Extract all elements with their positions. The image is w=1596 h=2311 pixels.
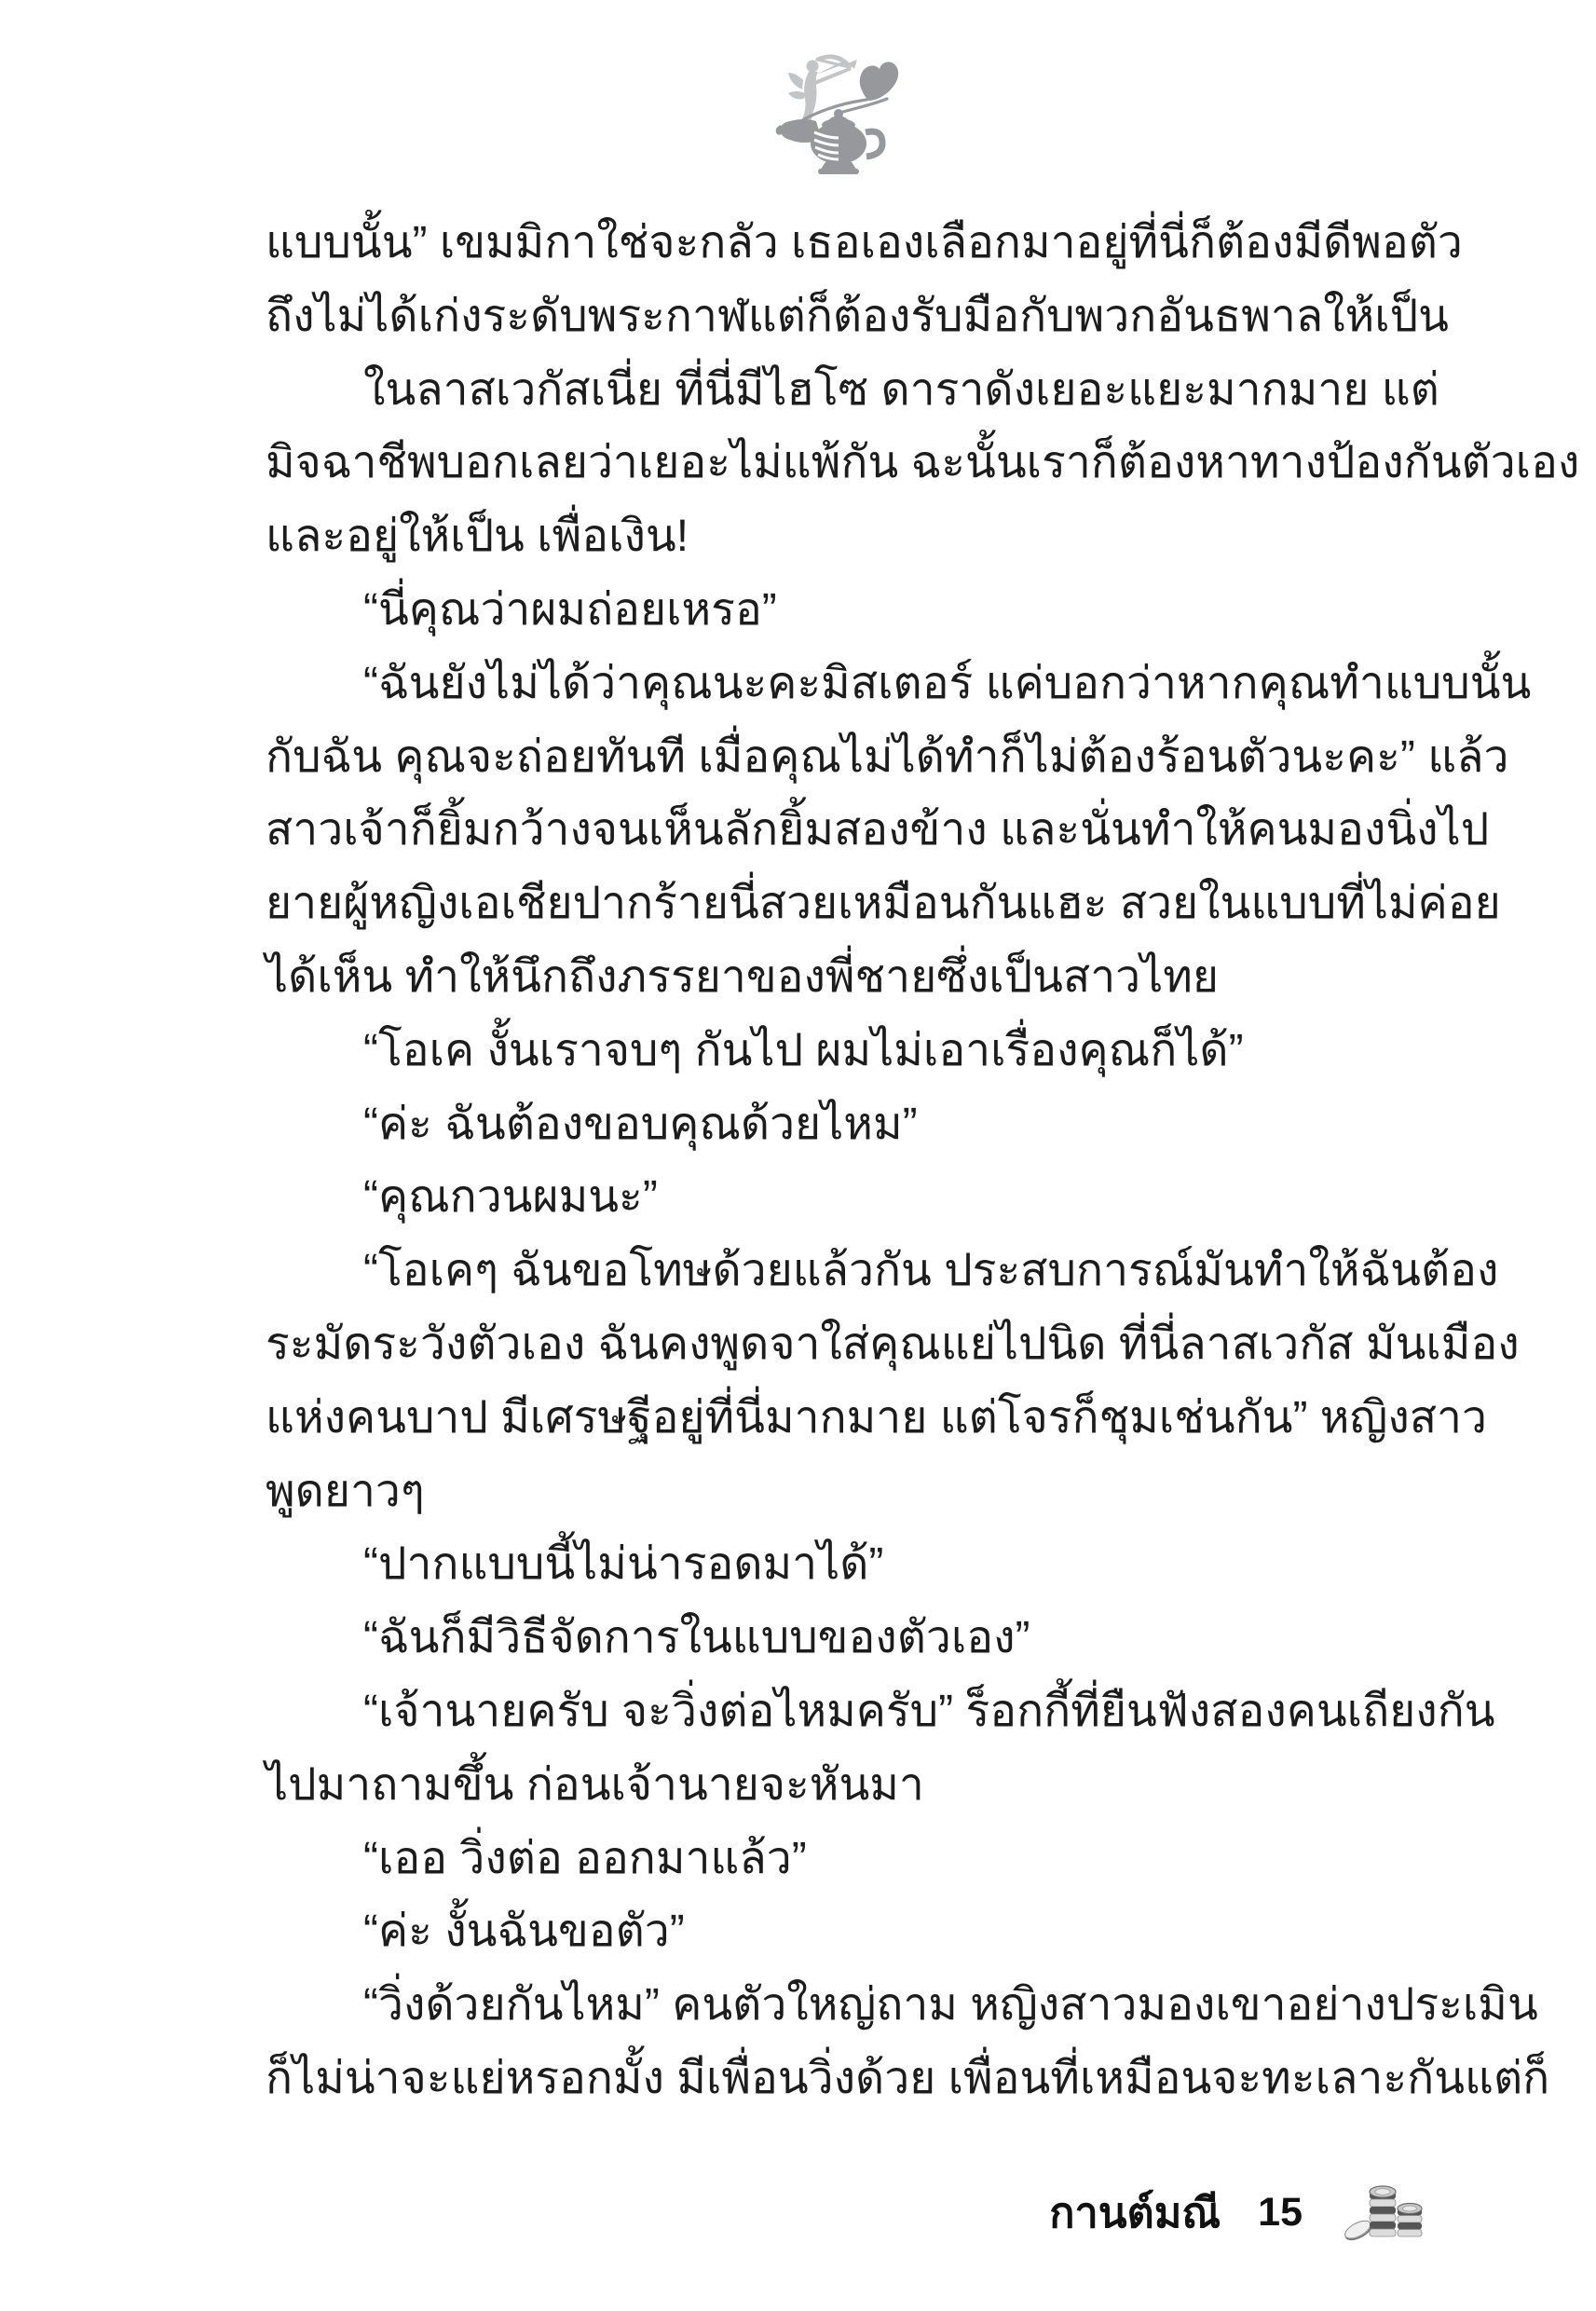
page-number: 15 <box>1258 2190 1303 2236</box>
text-line: “ค่ะ งั้นฉันขอตัว” <box>266 1895 1435 1969</box>
text-line: แห่งคนบาป มีเศรษฐีอยู่ที่นี่มากมาย แต่โจ… <box>266 1382 1435 1456</box>
text-line: มิจฉาชีพบอกเลยว่าเยอะไม่แพ้กัน ฉะนั้นเรา… <box>266 427 1435 500</box>
body-text: แบบนั้น” เขมมิกาใช่จะกลัว เธอเองเลือกมาอ… <box>266 207 1435 2116</box>
page-footer: กานต์มณี 15 <box>988 2175 1425 2249</box>
text-line: กับฉัน คุณจะถ่อยทันที เมื่อคุณไม่ได้ทำก็… <box>266 721 1435 795</box>
lamp <box>776 109 882 174</box>
genie-lamp-cupid-heart-ornament-icon <box>771 47 902 177</box>
chip-stack-short <box>1398 2204 1422 2237</box>
text-line: ไปมาถามขึ้น ก่อนเจ้านายจะหันมา <box>266 1749 1435 1823</box>
chip-stack-tall <box>1370 2186 1396 2236</box>
text-line: “ฉันยังไม่ได้ว่าคุณนะคะมิสเตอร์ แค่บอกว่… <box>266 648 1435 721</box>
text-line: “โอเค งั้นเราจบๆ กันไป ผมไม่เอาเรื่องคุณ… <box>266 1015 1435 1088</box>
text-line: ยายผู้หญิงเอเชียปากร้ายนี่สวยเหมือนกันแฮ… <box>266 868 1435 941</box>
text-line: “ฉันก็มีวิธีจัดการในแบบของตัวเอง” <box>266 1602 1435 1675</box>
text-line: สาวเจ้าก็ยิ้มกว้างจนเห็นลักยิ้มสองข้าง แ… <box>266 794 1435 868</box>
text-line: “วิ่งด้วยกันไหม” คนตัวใหญ่ถาม หญิงสาวมอง… <box>266 1969 1435 2043</box>
author-name: กานต์มณี <box>1049 2179 1221 2246</box>
book-page: แบบนั้น” เขมมิกาใช่จะกลัว เธอเองเลือกมาอ… <box>0 0 1596 2311</box>
text-line: “นี่คุณว่าผมถ่อยเหรอ” <box>266 574 1435 648</box>
text-line: “ค่ะ ฉันต้องขอบคุณด้วยไหม” <box>266 1088 1435 1162</box>
text-line: ระมัดระวังตัวเอง ฉันคงพูดจาใส่คุณแย่ไปนิ… <box>266 1308 1435 1382</box>
text-line: ได้เห็น ทำให้นึกถึงภรรยาของพี่ชายซึ่งเป็… <box>266 941 1435 1015</box>
text-line: “เออ วิ่งต่อ ออกมาแล้ว” <box>266 1823 1435 1896</box>
text-line: ก็ไม่น่าจะแย่หรอกมั้ง มีเพื่อนวิ่งด้วย เ… <box>266 2043 1435 2116</box>
ornament-svg <box>771 47 902 177</box>
text-line: ในลาสเวกัสเนี่ย ที่นี่มีไฮโซ ดาราดังเยอะ… <box>266 354 1435 428</box>
text-line: “โอเคๆ ฉันขอโทษด้วยแล้วกัน ประสบการณ์มัน… <box>266 1235 1435 1308</box>
text-line: “ปากแบบนี้ไม่น่ารอดมาได้” <box>266 1528 1435 1602</box>
loose-chip <box>1344 2217 1374 2243</box>
text-line: ถึงไม่ได้เก่งระดับพระกาฬแต่ก็ต้องรับมือก… <box>266 280 1435 354</box>
text-line: พูดยาวๆ <box>266 1456 1435 1529</box>
text-line: แบบนั้น” เขมมิกาใช่จะกลัว เธอเองเลือกมาอ… <box>266 207 1435 280</box>
text-line: และอยู่ให้เป็น เพื่อเงิน! <box>266 500 1435 574</box>
text-line: “คุณกวนผมนะ” <box>266 1161 1435 1235</box>
casino-chips-icon <box>1344 2177 1425 2248</box>
text-line: “เจ้านายครับ จะวิ่งต่อไหมครับ” ร็อกกี้ที… <box>266 1675 1435 1749</box>
